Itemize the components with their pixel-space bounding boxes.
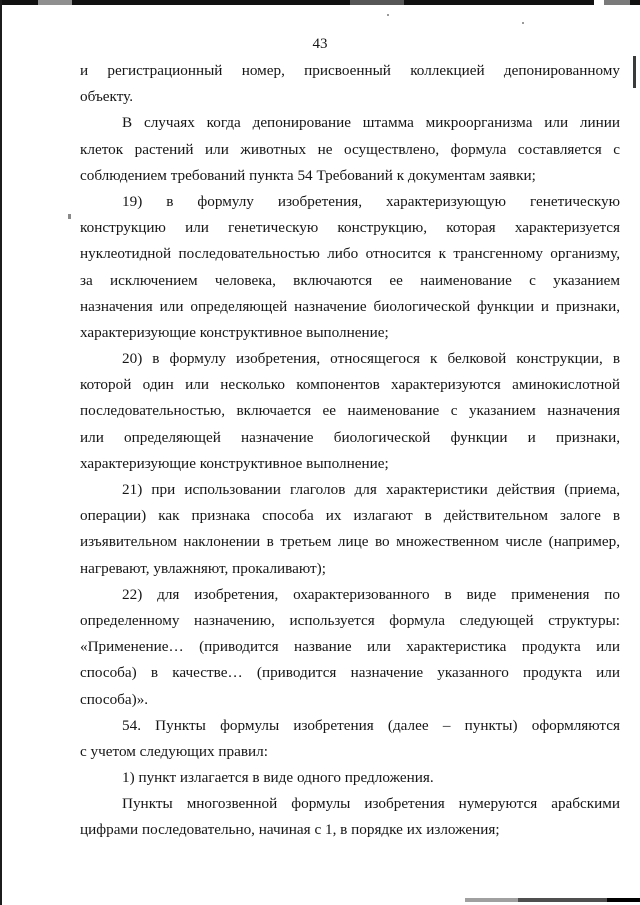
paragraph: 21) при использовании глаголов для харак…: [80, 477, 620, 582]
text-line: нуклеотидной последовательностью либо от…: [80, 241, 620, 267]
scan-artifact-right-edge-mark: [633, 56, 636, 88]
text-line: Пункты многозвенной формулы изобретения …: [80, 791, 620, 817]
text-line: изъявительном наклонении в третьем лице …: [80, 529, 620, 555]
document-body: и регистрационный номер, присвоенный кол…: [80, 58, 620, 844]
text-line: которой один или несколько компонентов х…: [80, 372, 620, 398]
scan-artifact-segment: [518, 898, 607, 902]
text-line: способа) в качестве… (приводится назначе…: [80, 660, 620, 686]
scan-artifact-segment: [38, 0, 72, 5]
text-line: 54. Пункты формулы изобретения (далее – …: [80, 713, 620, 739]
paragraph: 1) пункт излагается в виде одного предло…: [80, 765, 620, 791]
scan-artifact-segment: [465, 898, 518, 902]
text-line: конструкцию или генетическую конструкцию…: [80, 215, 620, 241]
text-line: клеток растений или животных не осуществ…: [80, 137, 620, 163]
paragraph: 19) в формулу изобретения, характеризующ…: [80, 189, 620, 346]
text-line: и регистрационный номер, присвоенный кол…: [80, 58, 620, 84]
text-line: способа)».: [80, 687, 620, 713]
text-line: определенному назначению, используется ф…: [80, 608, 620, 634]
scan-artifact-segment: [350, 0, 404, 5]
text-line: нагревают, увлажняют, прокаливают);: [80, 556, 620, 582]
text-line: или определяющей назначение биологическо…: [80, 425, 620, 451]
paragraph: В случаях когда депонирование штамма мик…: [80, 110, 620, 189]
text-line: характеризующие конструктивное выполнени…: [80, 320, 620, 346]
text-line: 20) в формулу изобретения, относящегося …: [80, 346, 620, 372]
text-line: 22) для изобретения, охарактеризованного…: [80, 582, 620, 608]
page-number: 43: [0, 36, 640, 53]
paragraph: Пункты многозвенной формулы изобретения …: [80, 791, 620, 843]
text-line: цифрами последовательно, начиная с 1, в …: [80, 817, 620, 843]
text-line: последовательностью, включается ее наиме…: [80, 398, 620, 424]
paragraph: 20) в формулу изобретения, относящегося …: [80, 346, 620, 477]
scan-artifact-speck: [522, 22, 524, 24]
document-page: 43 и регистрационный номер, присвоенный …: [0, 0, 640, 905]
paragraph: 22) для изобретения, охарактеризованного…: [80, 582, 620, 713]
scan-artifact-speck: [387, 14, 389, 16]
paragraph: 54. Пункты формулы изобретения (далее – …: [80, 713, 620, 765]
text-line: операции) как признака способа их излага…: [80, 503, 620, 529]
scan-artifact-segment: [607, 898, 640, 902]
text-line: «Применение… (приводится название или ха…: [80, 634, 620, 660]
paragraph: и регистрационный номер, присвоенный кол…: [80, 58, 620, 110]
text-line: 1) пункт излагается в виде одного предло…: [80, 765, 620, 791]
scan-artifact-top-bar: [0, 0, 640, 5]
scan-artifact-speck: [68, 214, 71, 219]
scan-artifact-segment: [594, 0, 604, 5]
text-line: 19) в формулу изобретения, характеризующ…: [80, 189, 620, 215]
text-line: 21) при использовании глаголов для харак…: [80, 477, 620, 503]
text-line: назначения или определяющей назначение б…: [80, 294, 620, 320]
scan-artifact-segment: [604, 0, 630, 5]
text-line: объекту.: [80, 84, 620, 110]
text-line: за исключением человека, включаются ее н…: [80, 268, 620, 294]
scan-artifact-bottom-bar: [0, 898, 640, 905]
scan-artifact-left-edge-line: [0, 0, 2, 905]
text-line: характеризующие конструктивное выполнени…: [80, 451, 620, 477]
text-line: В случаях когда депонирование штамма мик…: [80, 110, 620, 136]
text-line: с учетом следующих правил:: [80, 739, 620, 765]
text-line: соблюдением требований пункта 54 Требова…: [80, 163, 620, 189]
